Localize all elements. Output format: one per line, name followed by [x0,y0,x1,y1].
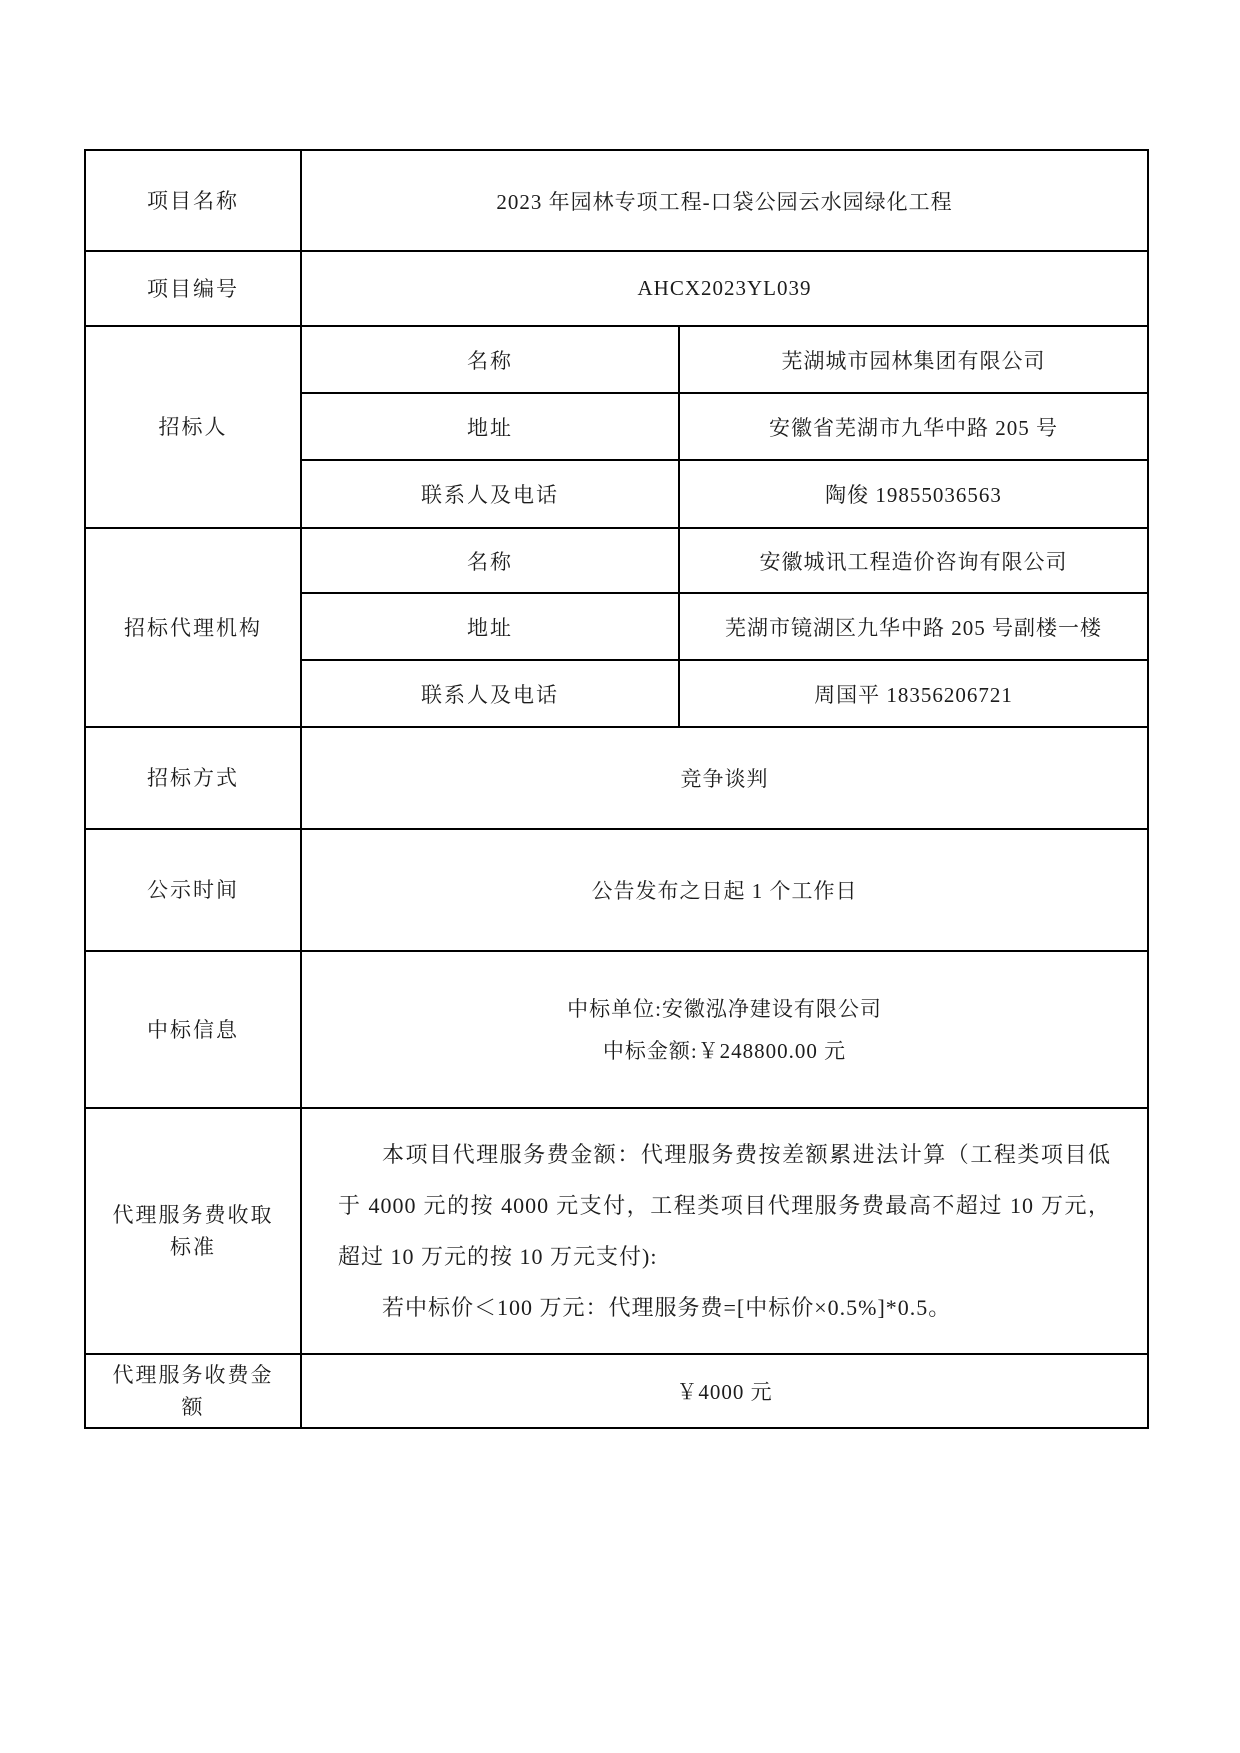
bid-info-table: 项目名称 2023 年园林专项工程-口袋公园云水园绿化工程 项目编号 AHCX2… [84,149,1149,1429]
row-agency-fee-amount: 代理服务收费金额 ￥4000 元 [85,1354,1148,1428]
award-info-value: 中标单位:安徽泓净建设有限公司 中标金额:￥248800.00 元 [301,951,1148,1108]
tenderer-name-key: 名称 [301,326,679,393]
agency-contact-value: 周国平 18356206721 [679,660,1148,727]
tenderer-name-value: 芜湖城市园林集团有限公司 [679,326,1148,393]
agency-fee-standard-paragraph-2: 若中标价＜100 万元：代理服务费=[中标价×0.5%]*0.5。 [338,1282,1111,1333]
row-project-number: 项目编号 AHCX2023YL039 [85,251,1148,326]
agency-name-value: 安徽城讯工程造价咨询有限公司 [679,528,1148,593]
agency-address-value: 芜湖市镜湖区九华中路 205 号副楼一楼 [679,593,1148,660]
row-publicity-period: 公示时间 公告发布之日起 1 个工作日 [85,829,1148,951]
row-agency-name: 招标代理机构 名称 安徽城讯工程造价咨询有限公司 [85,528,1148,593]
row-project-name: 项目名称 2023 年园林专项工程-口袋公园云水园绿化工程 [85,150,1148,251]
agency-address-key: 地址 [301,593,679,660]
award-info-label: 中标信息 [85,951,301,1108]
row-award-info: 中标信息 中标单位:安徽泓净建设有限公司 中标金额:￥248800.00 元 [85,951,1148,1108]
agency-fee-amount-value: ￥4000 元 [301,1354,1148,1428]
agency-contact-key: 联系人及电话 [301,660,679,727]
publicity-period-value: 公告发布之日起 1 个工作日 [301,829,1148,951]
tenderer-address-value: 安徽省芜湖市九华中路 205 号 [679,393,1148,460]
project-name-value: 2023 年园林专项工程-口袋公园云水园绿化工程 [301,150,1148,251]
row-tenderer-name: 招标人 名称 芜湖城市园林集团有限公司 [85,326,1148,393]
tenderer-contact-value: 陶俊 19855036563 [679,460,1148,528]
award-winner-line: 中标单位:安徽泓净建设有限公司 [314,988,1135,1030]
tenderer-contact-key: 联系人及电话 [301,460,679,528]
row-tender-method: 招标方式 竞争谈判 [85,727,1148,829]
tender-method-value: 竞争谈判 [301,727,1148,829]
agency-fee-standard-label: 代理服务费收取标准 [85,1108,301,1354]
tenderer-label: 招标人 [85,326,301,528]
tender-method-label: 招标方式 [85,727,301,829]
project-number-value: AHCX2023YL039 [301,251,1148,326]
project-number-label: 项目编号 [85,251,301,326]
agency-fee-standard-paragraph-1: 本项目代理服务费金额：代理服务费按差额累进法计算（工程类项目低于 4000 元的… [338,1129,1111,1282]
award-amount-line: 中标金额:￥248800.00 元 [314,1030,1135,1072]
project-name-label: 项目名称 [85,150,301,251]
agency-fee-standard-value: 本项目代理服务费金额：代理服务费按差额累进法计算（工程类项目低于 4000 元的… [301,1108,1148,1354]
agency-fee-amount-label: 代理服务收费金额 [85,1354,301,1428]
publicity-period-label: 公示时间 [85,829,301,951]
tenderer-address-key: 地址 [301,393,679,460]
agency-name-key: 名称 [301,528,679,593]
row-agency-fee-standard: 代理服务费收取标准 本项目代理服务费金额：代理服务费按差额累进法计算（工程类项目… [85,1108,1148,1354]
agency-label: 招标代理机构 [85,528,301,727]
